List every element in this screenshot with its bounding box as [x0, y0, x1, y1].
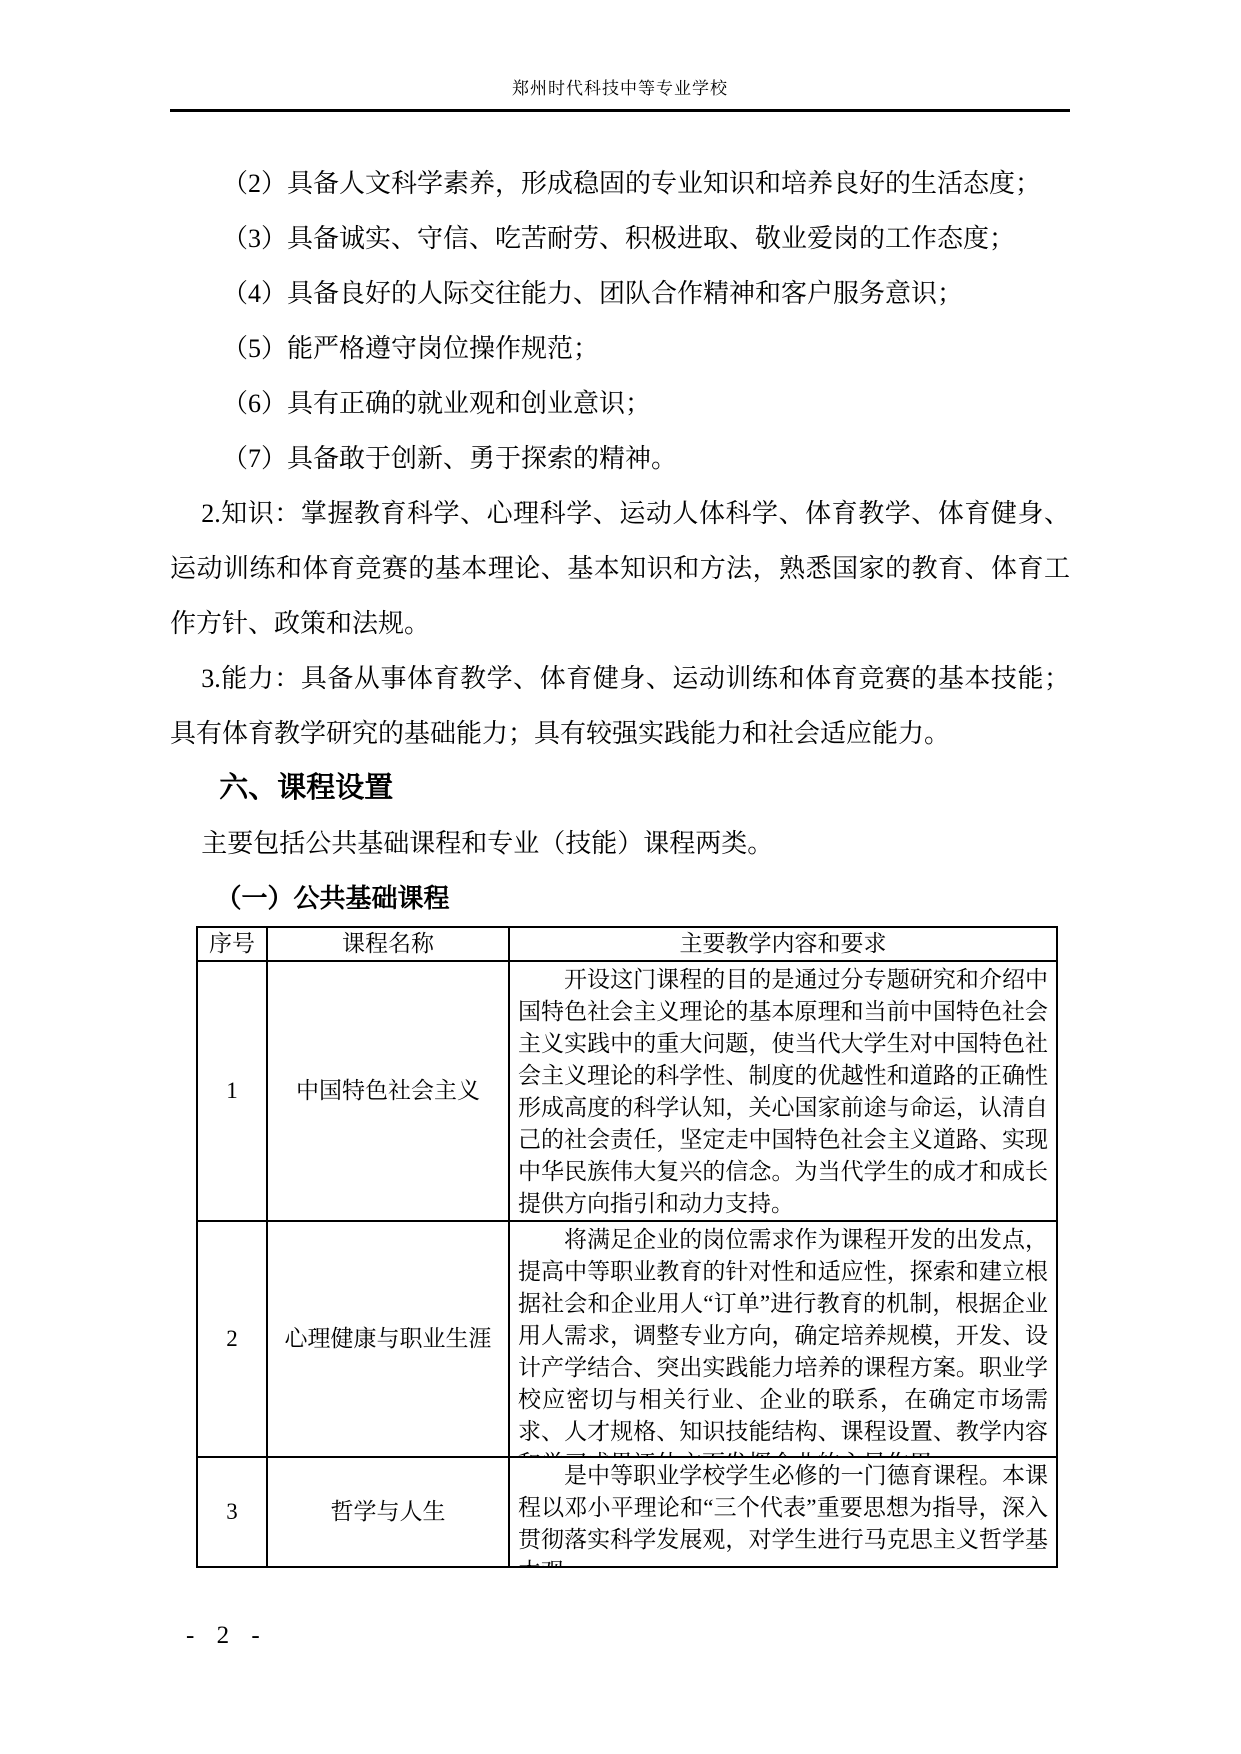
cell-row-number: 2: [197, 1221, 267, 1457]
cell-course-content-text: 开设这门课程的目的是通过分专题研究和介绍中国特色社会主义理论的基本原理和当前中国…: [510, 962, 1056, 1220]
cell-course-content: 开设这门课程的目的是通过分专题研究和介绍中国特色社会主义理论的基本原理和当前中国…: [509, 961, 1057, 1221]
subsection-heading-public-basic-courses: （一）公共基础课程: [170, 871, 1070, 926]
list-item-5: （5）能严格遵守岗位操作规范；: [170, 321, 1070, 376]
table-header-row: 序号 课程名称 主要教学内容和要求: [197, 927, 1057, 961]
list-item-3: （3）具备诚实、守信、吃苦耐劳、积极进取、敬业爱岗的工作态度；: [170, 211, 1070, 266]
cell-course-name: 中国特色社会主义: [267, 961, 509, 1221]
list-item-4: （4）具备良好的人际交往能力、团队合作精神和客户服务意识；: [170, 266, 1070, 321]
table-row: 3 哲学与人生 是中等职业学校学生必修的一门德育课程。本课程以邓小平理论和“三个…: [197, 1457, 1057, 1567]
table-row: 1 中国特色社会主义 开设这门课程的目的是通过分专题研究和介绍中国特色社会主义理…: [197, 961, 1057, 1221]
cell-course-content-text: 是中等职业学校学生必修的一门德育课程。本课程以邓小平理论和“三个代表”重要思想为…: [510, 1458, 1056, 1566]
cell-course-name: 哲学与人生: [267, 1457, 509, 1567]
section-heading-curriculum: 六、课程设置: [170, 761, 1070, 816]
header-title: 郑州时代科技中等专业学校: [170, 78, 1070, 100]
section-intro: 主要包括公共基础课程和专业（技能）课程两类。: [170, 816, 1070, 871]
cell-course-name: 心理健康与职业生涯: [267, 1221, 509, 1457]
course-table: 序号 课程名称 主要教学内容和要求 1 中国特色社会主义 开设这门课程的目的是通…: [196, 926, 1058, 1568]
page-number: - 2 -: [186, 1622, 268, 1650]
cell-row-number: 3: [197, 1457, 267, 1567]
cell-course-content: 将满足企业的岗位需求作为课程开发的出发点，提高中等职业教育的针对性和适应性，探索…: [509, 1221, 1057, 1457]
cell-row-number: 1: [197, 961, 267, 1221]
cell-course-content-text: 将满足企业的岗位需求作为课程开发的出发点，提高中等职业教育的针对性和适应性，探索…: [510, 1222, 1056, 1456]
page-content: 郑州时代科技中等专业学校 （2）具备人文科学素养，形成稳固的专业知识和培养良好的…: [170, 78, 1070, 1568]
cell-course-content: 是中等职业学校学生必修的一门德育课程。本课程以邓小平理论和“三个代表”重要思想为…: [509, 1457, 1057, 1567]
list-item-6: （6）具有正确的就业观和创业意识；: [170, 376, 1070, 431]
header-rule: [170, 109, 1070, 112]
document-page: 郑州时代科技中等专业学校 （2）具备人文科学素养，形成稳固的专业知识和培养良好的…: [0, 0, 1241, 1754]
column-header-course-name: 课程名称: [267, 927, 509, 961]
list-item-7: （7）具备敢于创新、勇于探索的精神。: [170, 431, 1070, 486]
column-header-number: 序号: [197, 927, 267, 961]
paragraph-knowledge: 2.知识：掌握教育科学、心理科学、运动人体科学、体育教学、体育健身、运动训练和体…: [170, 486, 1070, 651]
table-row: 2 心理健康与职业生涯 将满足企业的岗位需求作为课程开发的出发点，提高中等职业教…: [197, 1221, 1057, 1457]
column-header-content: 主要教学内容和要求: [509, 927, 1057, 961]
list-item-2: （2）具备人文科学素养，形成稳固的专业知识和培养良好的生活态度；: [170, 156, 1070, 211]
paragraph-ability: 3.能力：具备从事体育教学、体育健身、运动训练和体育竞赛的基本技能；具有体育教学…: [170, 651, 1070, 761]
